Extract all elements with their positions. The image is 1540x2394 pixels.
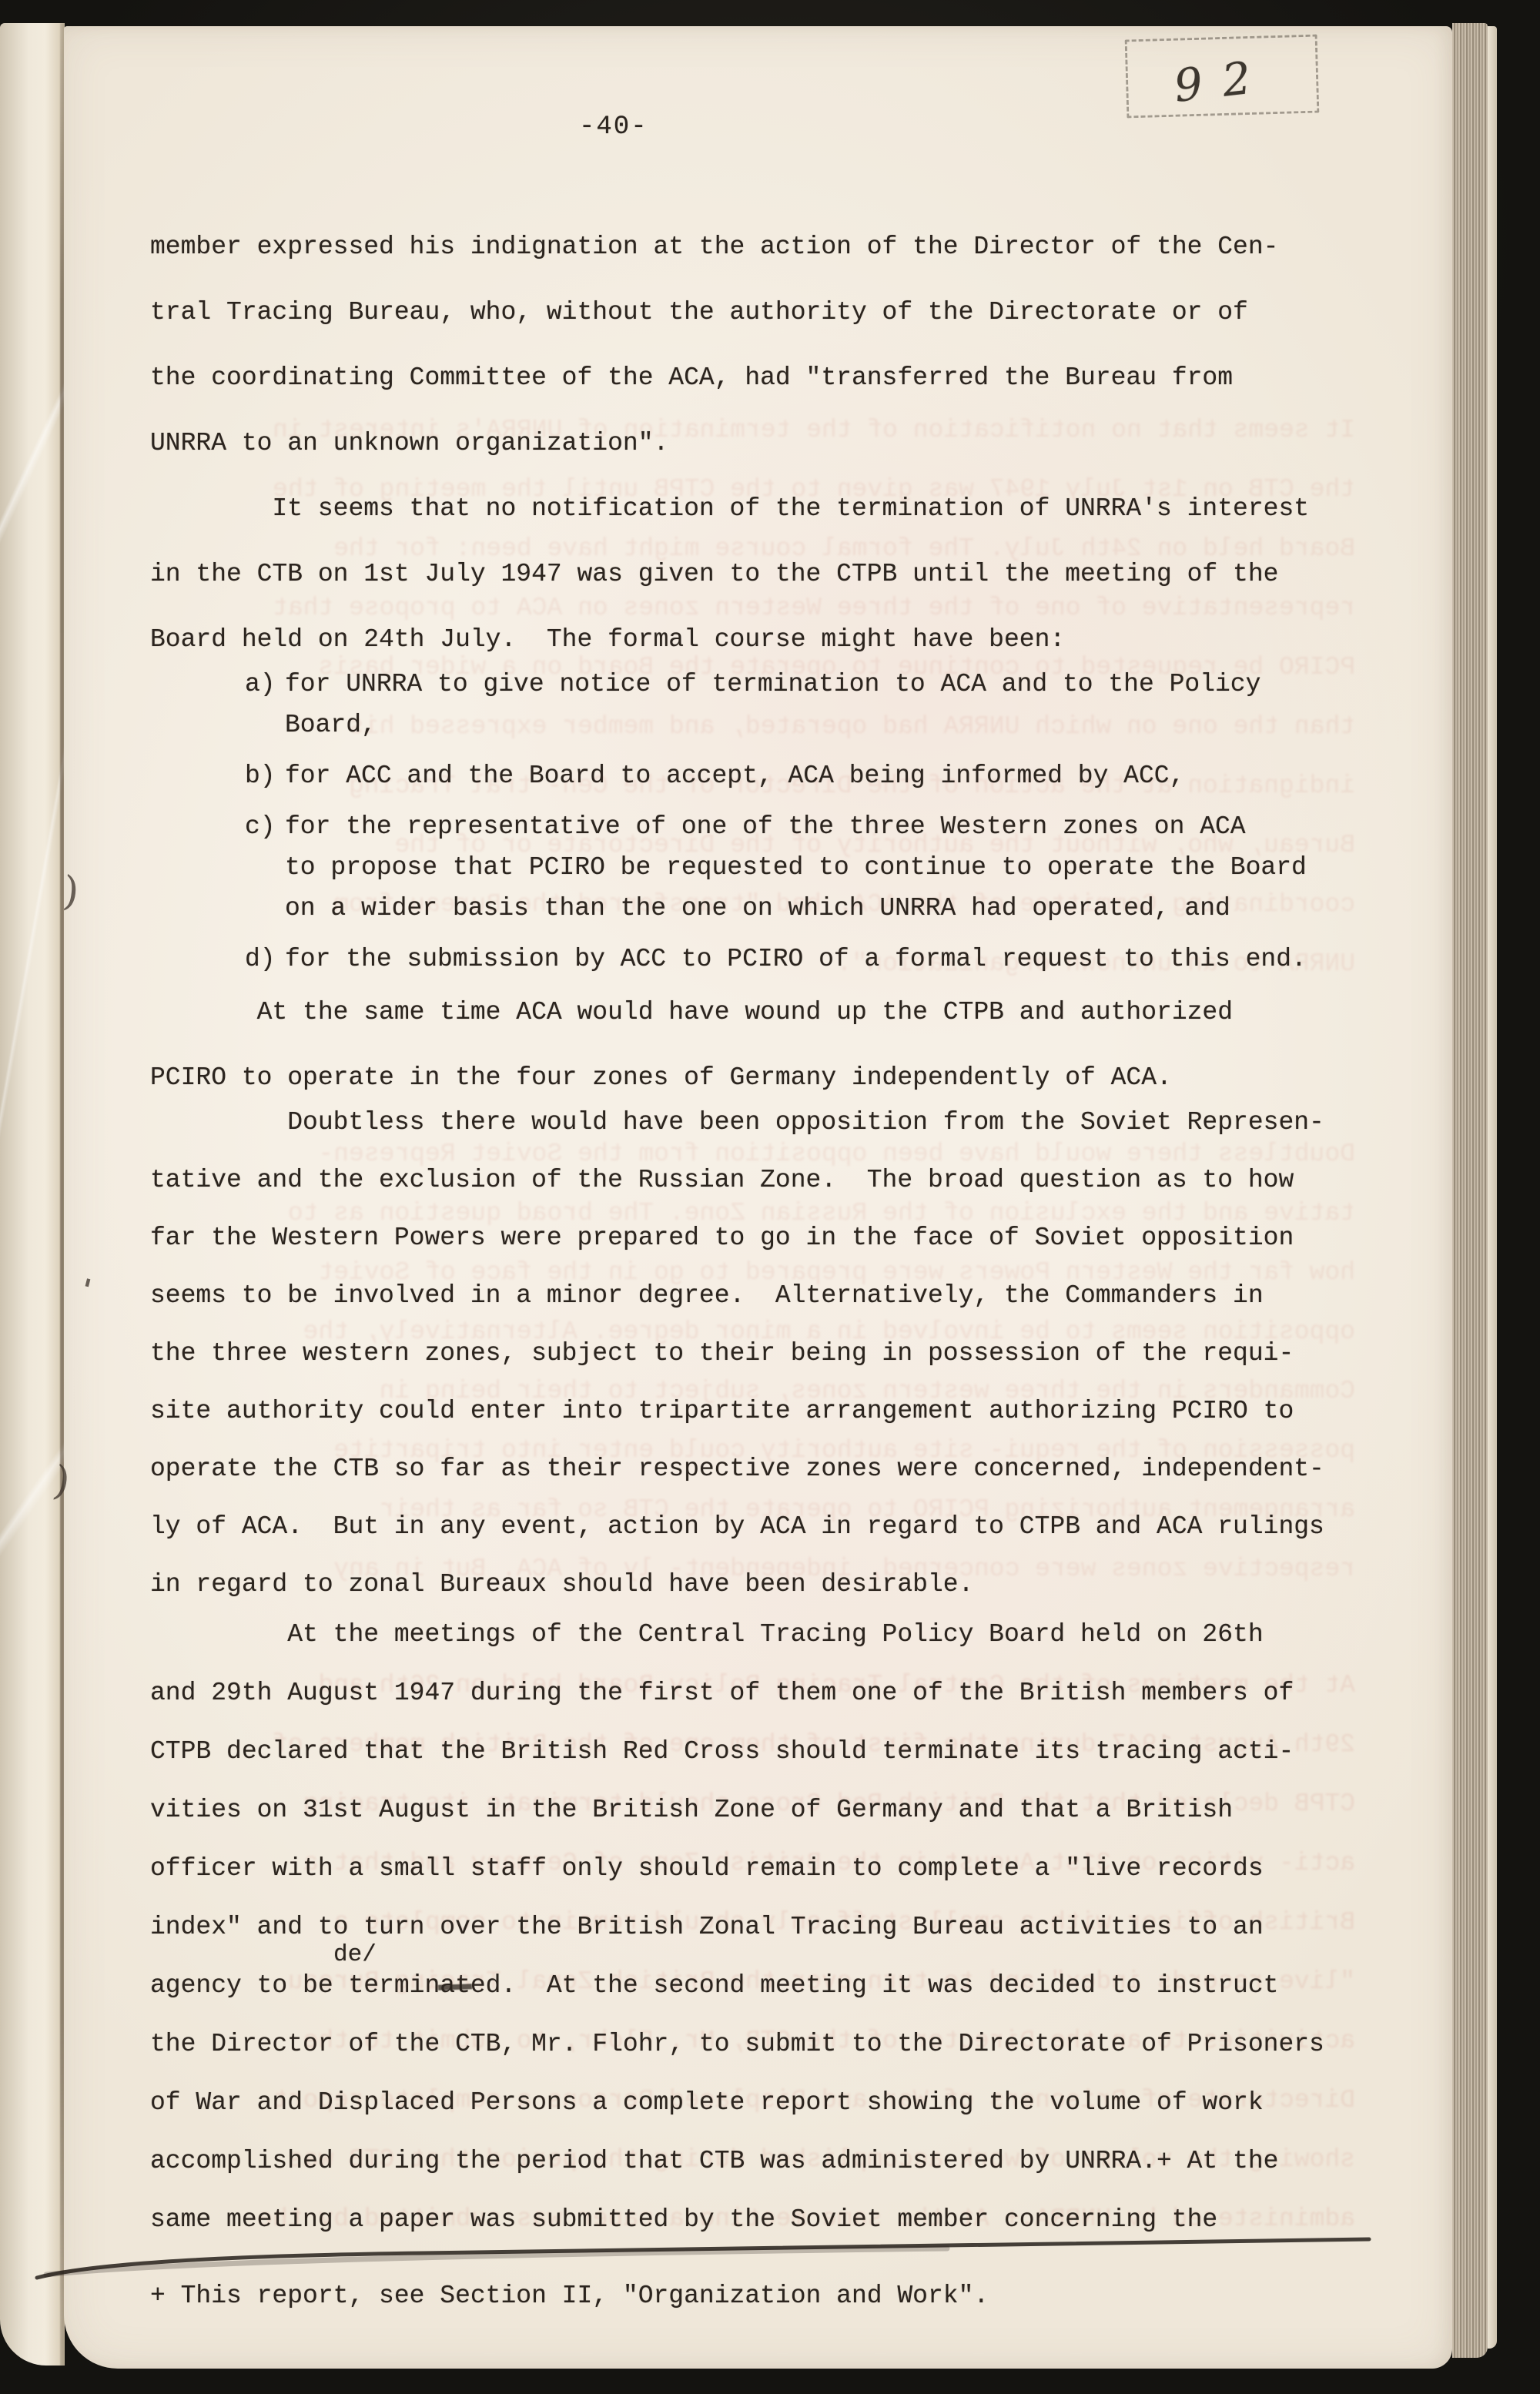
paragraph-4: Doubtless there would have been oppositi… xyxy=(150,1093,1324,1613)
page-number: -40- xyxy=(579,112,648,142)
typed-line: in the CTB on 1st July 1947 was given to… xyxy=(150,541,1309,607)
typed-line: for ACC and the Board to accept, ACA bei… xyxy=(285,755,1184,796)
paragraph-3: At the same time ACA would have wound up… xyxy=(150,979,1233,1110)
list-marker: c) xyxy=(245,806,285,929)
typed-line: index" and to turn over the British Zona… xyxy=(150,1898,1324,1957)
paragraph-1-2: member expressed his indignation at the … xyxy=(150,214,1309,672)
typed-line: CTPB declared that the British Red Cross… xyxy=(150,1723,1324,1781)
typed-line: seems to be involved in a minor degree. … xyxy=(150,1267,1324,1324)
page-edge-outer xyxy=(1488,26,1497,2349)
typed-line: to propose that PCIRO be requested to co… xyxy=(285,847,1307,888)
list-marker: d) xyxy=(245,939,285,979)
typed-line: It seems that no notification of the ter… xyxy=(150,476,1309,541)
typed-line: At the meetings of the Central Tracing P… xyxy=(150,1605,1324,1664)
typed-line: far the Western Powers were prepared to … xyxy=(150,1209,1324,1267)
typed-line: operate the CTB so far as their respecti… xyxy=(150,1440,1324,1498)
typed-line: on a wider basis than the one on which U… xyxy=(285,888,1307,929)
scanned-document-page: It seems that no notification of the ter… xyxy=(0,0,1540,2394)
typed-text: ed. At the second meeting it was decided… xyxy=(470,1971,1279,2000)
book-gutter xyxy=(0,23,65,2366)
archive-stamp-number: 92 xyxy=(1171,49,1274,112)
typed-line: for UNRRA to give notice of termination … xyxy=(285,664,1260,705)
typed-line: and 29th August 1947 during the first of… xyxy=(150,1664,1324,1723)
typed-line: officer with a small staff only should r… xyxy=(150,1840,1324,1898)
paragraph-5: At the meetings of the Central Tracing P… xyxy=(150,1605,1324,2249)
typed-line: site authority could enter into triparti… xyxy=(150,1382,1324,1440)
typed-line: in regard to zonal Bureaux should have b… xyxy=(150,1555,1324,1613)
typed-line-with-correction: de/agency to be terminated. At the secon… xyxy=(150,1957,1324,2015)
typed-line: the coordinating Committee of the ACA, h… xyxy=(150,345,1309,410)
typed-line: Board held on 24th July. The formal cour… xyxy=(150,607,1309,672)
typed-line: member expressed his indignation at the … xyxy=(150,214,1309,280)
list-item-c: c) for the representative of one of the … xyxy=(245,806,1307,929)
typed-line: Board, xyxy=(285,705,1260,745)
typed-line: accomplished during the period that CTB … xyxy=(150,2132,1324,2191)
typed-line: the Director of the CTB, Mr. Flohr, to s… xyxy=(150,2015,1324,2074)
footnote-text: + This report, see Section II, "Organiza… xyxy=(150,2273,989,2319)
typed-line: for the submission by ACC to PCIRO of a … xyxy=(285,939,1307,979)
typed-line: UNRRA to an unknown organization". xyxy=(150,410,1309,476)
typed-line: At the same time ACA would have wound up… xyxy=(150,979,1233,1045)
list-item-b: b) for ACC and the Board to accept, ACA … xyxy=(245,755,1307,796)
typed-line: Doubtless there would have been oppositi… xyxy=(150,1093,1324,1151)
typed-line: ly of ACA. But in any event, action by A… xyxy=(150,1498,1324,1555)
typed-text: agency to be termin xyxy=(150,1971,440,2000)
page-edge-stack xyxy=(1452,23,1488,2358)
struck-out-text: at xyxy=(440,1971,470,2000)
list-item-a: a) for UNRRA to give notice of terminati… xyxy=(245,664,1307,745)
handwritten-insertion: de/ xyxy=(333,1926,377,1984)
list-marker: b) xyxy=(245,755,285,796)
option-list: a) for UNRRA to give notice of terminati… xyxy=(245,664,1307,989)
archive-stamp-box: 92 xyxy=(1125,35,1320,119)
typed-line: of War and Displaced Persons a complete … xyxy=(150,2074,1324,2132)
typed-line: vities on 31st August in the British Zon… xyxy=(150,1781,1324,1840)
footnote: + This report, see Section II, "Organiza… xyxy=(150,2273,989,2319)
typed-line: tative and the exclusion of the Russian … xyxy=(150,1151,1324,1209)
typed-line: for the representative of one of the thr… xyxy=(285,806,1307,847)
typed-line: tral Tracing Bureau, who, without the au… xyxy=(150,280,1309,345)
list-item-d: d) for the submission by ACC to PCIRO of… xyxy=(245,939,1307,979)
list-marker: a) xyxy=(245,664,285,745)
typed-line: the three western zones, subject to thei… xyxy=(150,1324,1324,1382)
